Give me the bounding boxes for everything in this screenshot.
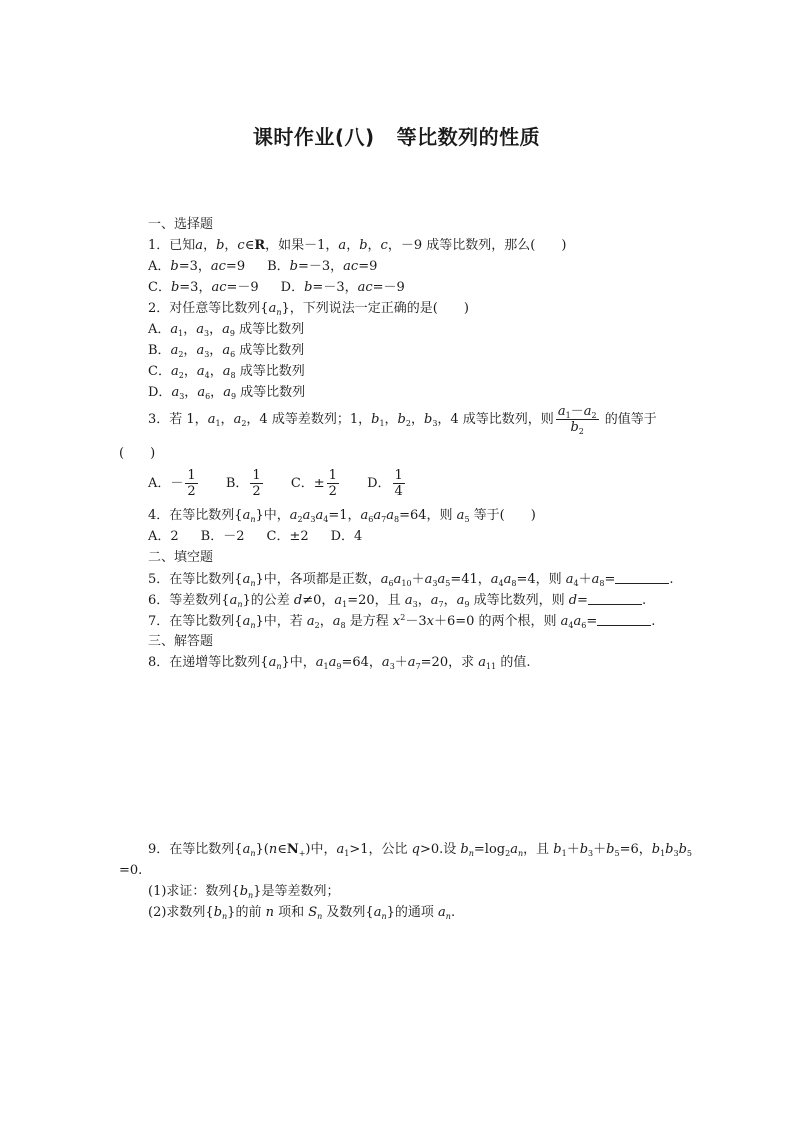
q2-number: 2． [148,301,169,316]
q2-option-a: A．a1，a3，a9 成等比数列 [148,322,304,338]
q5-number: 5． [148,572,169,587]
q7-answer-blank[interactable] [597,613,651,626]
section-fill-heading: 二、填空题 [148,550,213,566]
q2-option-b: B．a2，a3，a6 成等比数列 [148,343,304,359]
q5-answer-blank[interactable] [615,571,669,584]
question-8: 8．在递增等比数列{an}中，a1a9=64，a3＋a7=20，求 a11 的值… [148,655,530,671]
q1-option-a: A．b=3，ac=9 [148,259,245,275]
q3-option-d: D．14 [367,468,407,500]
q3-option-a: A．－12 [148,468,200,500]
page-title: 课时作业(八)等比数列的性质 [0,121,793,150]
q9-continuation: =0. [119,863,142,879]
q3-options: A．－12 B．12 C．±12 D．14 [148,468,429,500]
q9-part-2: (2)求数列{bn}的前 n 项和 Sn 及数列{an}的通项 an. [148,905,455,921]
q9-number: 9． [148,842,169,857]
q1-text-c: ，－9 成等比数列，那么( [388,238,535,253]
section-answer-heading: 三、解答题 [148,634,213,650]
q1-options-cd: C．b=3，ac=－9D．b=－3，ac=－9 [148,280,405,296]
question-6: 6．等差数列{an}的公差 d≠0，a1=20，且 a3，a7，a9 成等比数列… [148,592,646,609]
q1-option-d: D．b=－3，ac=－9 [281,280,405,295]
section-choice-heading: 一、选择题 [148,217,213,233]
q4-options: A．2B．－2C．±2D．4 [148,529,362,545]
q1-number: 1． [148,238,169,253]
title-part1: 课时作业(八) [253,125,375,149]
q4-option-b: B．－2 [201,529,245,545]
question-4: 4．在等比数列{an}中，a2a3a4=1，a6a7a8=64，则 a5 等于(… [148,508,536,524]
q3-fraction: a1－a2b2 [556,404,599,435]
q4-option-d: D．4 [331,529,363,544]
question-3: 3．若 1，a1，a2，4 成等差数列；1，b1，b2，b3，4 成等比数列，则… [148,404,657,435]
q1-options-ab: A．b=3，ac=9B．b=－3，ac=9 [148,259,377,275]
q6-answer-blank[interactable] [588,592,642,605]
q1-option-b: B．b=－3，ac=9 [267,259,377,274]
q3-number: 3． [148,412,169,427]
question-5: 5．在等比数列{an}中，各项都是正数，a6a10＋a3a5=41，a4a8=4… [148,571,674,588]
q1-text-b: ，如果－1， [265,238,338,253]
question-9: 9．在等比数列{an}(n∈N+)中，a1>1，公比 q>0.设 bn=log2… [148,842,692,858]
q3-tail: 的值等于 [605,412,657,427]
q2-option-c: C．a2，a4，a8 成等比数列 [148,364,305,380]
q8-number: 8． [148,655,169,670]
q3-option-c: C．±12 [291,468,341,500]
q2-option-d: D．a3，a6，a9 成等比数列 [148,385,305,401]
q7-number: 7． [148,614,169,629]
question-1: 1．已知a，b，c∈R，如果－1，a，b，c，－9 成等比数列，那么() [148,238,566,254]
q4-option-a: A．2 [148,529,179,545]
q1-paren-close: ) [561,238,566,253]
title-part2: 等比数列的性质 [397,125,541,149]
q6-number: 6． [148,593,169,608]
q4-option-c: C．±2 [267,529,309,545]
q1-text-a: 已知 [169,238,195,253]
q1-option-c: C．b=3，ac=－9 [148,280,259,296]
question-7: 7．在等比数列{an}中，若 a2，a8 是方程 x2－3x＋6=0 的两个根，… [148,613,655,630]
q9-part-1: (1)求证：数列{bn}是等差数列； [148,884,339,900]
q3-option-b: B．12 [226,468,265,500]
q4-number: 4． [148,508,169,523]
question-2: 2．对任意等比数列{an}，下列说法一定正确的是() [148,301,469,317]
q3-paren: () [119,446,155,462]
